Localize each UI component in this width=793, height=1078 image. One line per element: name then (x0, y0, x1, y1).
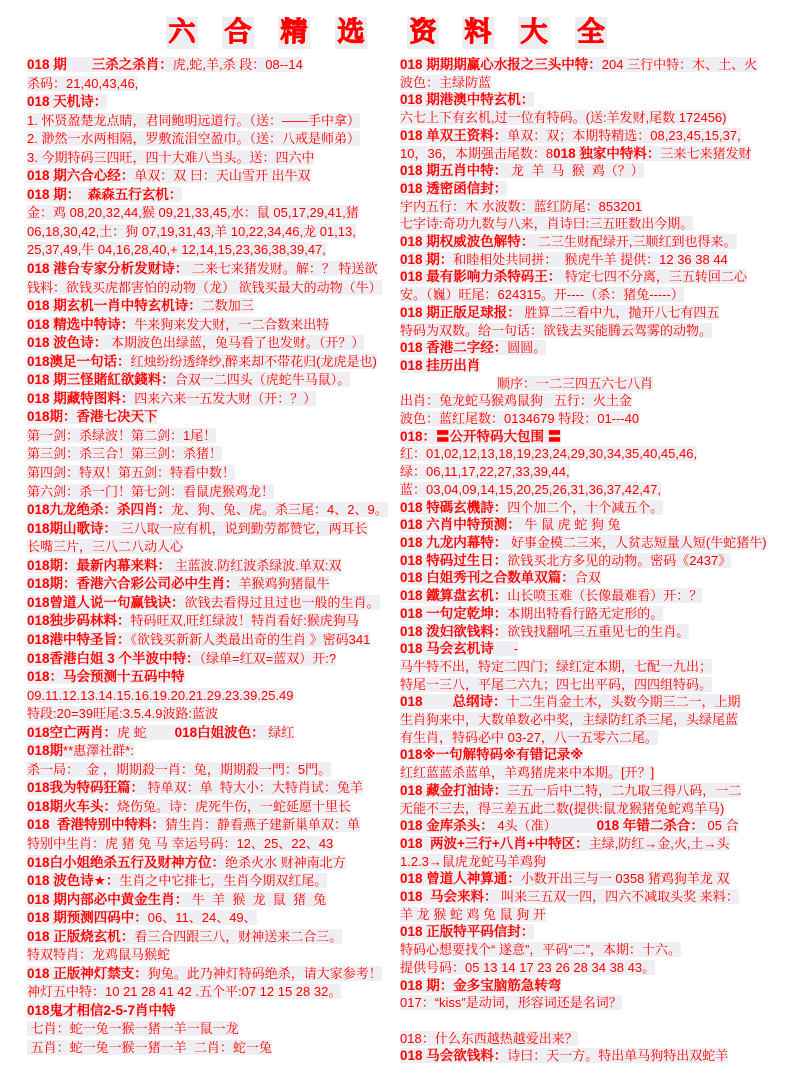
text-line: 018 正版神灯禁支：狗兔。此乃神灯特码绝杀，请大家参考！ (27, 965, 395, 984)
section-text: 二数加三 (202, 298, 254, 313)
text-line: 018 挂历出肖 (400, 357, 792, 375)
text-line: 018 特碼玄機詩：四个加二个，十个减五个。 (400, 499, 792, 517)
section-heading: 018 期：金多宝脑筋急转弯 (400, 978, 561, 993)
section-text: 波色：蓝红尾数：0134679 特段：01---40 (400, 411, 639, 426)
section-heading: 018 马会欲钱料： (400, 1048, 507, 1063)
text-line: 2. 渺然一水两相隔，罗敷流泪空盈巾。（送：八戒是师弟） (27, 130, 395, 149)
section-text: 合双一二四头（虎蛇牛马鼠）。 (175, 372, 351, 387)
section-heading: 018期山歌诗： (27, 521, 117, 536)
section-heading: 018期：最新内幕来料： (27, 558, 171, 573)
text-line: 第一剑：杀绿波！第二剑：1尾！ (27, 427, 395, 446)
text-line: 018 期预测四码中：06、11、24、49、 (27, 909, 395, 928)
text-line: 018期火车头：烧伤兔。诗：虎死牛伤，一蛇延愿十里长 (27, 798, 395, 817)
text-line: 018 金库杀头： 4头（准）018 年错二杀合： 05 合 (400, 817, 792, 835)
section-text: 牛来狗来发大财，一二合数来出特 (134, 317, 329, 332)
section-text: 圆圆。 (507, 340, 546, 355)
text-line: 018：什么东西越热越爱出来？ (400, 1030, 792, 1048)
text-line: 018白小姐绝杀五行及财神方位：绝杀火水 财神南北方 (27, 854, 395, 873)
section-heading: 018 期： 森森五行玄机： (27, 187, 182, 202)
text-line: 018 天机诗： (27, 93, 395, 112)
section-heading: 018 期： (400, 252, 453, 267)
section-heading: 018期火车头： (27, 799, 117, 814)
section-text: 017：“kiss”是动词，形容词还是名词？ (400, 995, 622, 1010)
text-line: 018 期三怪賭紅欲錢料：合双一二四头（虎蛇牛马鼠）。 (27, 371, 395, 390)
text-line: 018 期：和睦相处共同拼： 猴虎牛羊 提供：12 36 38 44 (400, 251, 792, 269)
text-line: 018 马会来料： 叫来三五双一四，四六不减取头奖 来料： (400, 888, 792, 906)
text-line: 长嘴三片，三八二八动人心 (27, 538, 395, 557)
section-text: 09.11.12.13.14.15.16.19.20.21.29.23.39.2… (27, 688, 294, 703)
section-text: 宇内五行：木 水波数：蓝红防尾：853201 (400, 199, 642, 214)
title-char: 精 (278, 17, 310, 49)
text-line: 018我为特码狂篇： 特单双：单 特大小：大特肖试：兔羊 (27, 779, 395, 798)
text-line: 018 一句定乾坤：本期出特看行路无定形的。 (400, 605, 792, 623)
section-heading: 018 期藏特图料： (27, 391, 134, 406)
section-text: 主蓝波.防红波杀绿波.单双:双 (171, 558, 341, 573)
section-heading: 018 香港特别中特料： (27, 817, 165, 832)
text-line: 09.11.12.13.14.15.16.19.20.21.29.23.39.2… (27, 687, 395, 706)
section-text: 生肖狗来中，大数单数必中奖，主绿防红杀三尾，头绿尾蓝 (400, 712, 738, 727)
text-line: 018 期：金多宝脑筋急转弯 (400, 977, 792, 995)
section-heading: 018 藏金打油诗： (400, 783, 507, 798)
text-line: 018 香港二字经：圆圆。 (400, 339, 792, 357)
title-char: 资 (407, 17, 439, 49)
text-line: 顺序：一二三四五六七八肖 (400, 375, 792, 393)
text-line: 第四剑：特双！第五剑：特看中数！ (27, 464, 395, 483)
text-line: 七字诗:奇功九数与八来，肖诗曰:三五旺数出今期。 (400, 215, 792, 233)
text-line: 018澳足一句话：红烛纷纷透绛纱,醉来却不带花归(龙虎是也) (27, 353, 395, 372)
text-line: 018 正版烧玄机：看三合四跟三八，财神送来二合三。 (27, 928, 395, 947)
section-text: 1.2.3→鼠虎龙蛇马羊鸡狗 (400, 854, 546, 869)
section-text: 特码旺双,旺红绿波！特肖看好:猴虎狗马 (131, 613, 359, 628)
text-line: 马牛特不出，特定二四门；绿红定本期，七配一九出； (400, 658, 792, 676)
section-heading: 018 年错二杀合： (557, 818, 704, 833)
text-line: 杀一局： 金 ，期期殺一肖：兔，期期殺一門：5門。 (27, 761, 395, 780)
section-heading: 018 期 (27, 57, 67, 72)
text-line: 羊 龙 猴 蛇 鸡 兔 鼠 狗 开 (400, 906, 792, 924)
text-line: 018 正版特平码信封： (400, 923, 792, 941)
text-line: 018 期期期赢心水报之三头中特：204 三行中特：木、土、火 (400, 56, 792, 74)
text-line: 018期：香港六合彩公司必中生肖：羊猴鸡狗猪鼠牛 (27, 575, 395, 594)
section-heading: 018 期期期赢心水报之三头中特： (400, 57, 602, 72)
section-text: 杀一局： 金 ，期期殺一肖：兔，期期殺一門：5門。 (27, 762, 331, 777)
section-text: 《欲钱买新新人类最出奇的生肖 》密码341 (131, 632, 371, 647)
section-text: 杀码：21,40,43,46, (27, 76, 138, 91)
section-text: **惠澤社群*: (63, 743, 134, 758)
section-heading: 018白小姐绝杀五行及财神方位： (27, 855, 225, 870)
section-text: 本期波色出绿蓝，兔马看了也发财。（开？） (107, 335, 364, 350)
section-heading: 018 马会来料： (400, 889, 498, 904)
text-line: 017：“kiss”是动词，形容词还是名词？ (400, 994, 792, 1012)
section-text: 山长喷玉难（长像最难看）开：？ (507, 588, 702, 603)
section-heading: 总纲诗： (423, 694, 507, 709)
section-heading: 018 港台专家分析发财诗： (27, 261, 188, 276)
section-heading: 018期：香港七决天下 (27, 409, 158, 424)
section-heading: 018 期五肖中特： (400, 163, 507, 178)
section-text: 018：什么东西越热越爱出来？ (400, 1031, 578, 1046)
text-line: 1. 怀贤盈楚龙点睛，君同鲍明远道行。（送：——手中拿） (27, 112, 395, 131)
section-text: 10，36，本期强击尾数：8 (400, 146, 553, 161)
section-heading: 018期 (27, 743, 63, 758)
text-line: 特码为双数。给一句话：欲钱去买能腾云驾雾的动物。 (400, 322, 792, 340)
text-line: 018 特码过生日：欲钱买北方多见的动物。密码《2437》 (400, 552, 792, 570)
section-text: 蓝：03,04,09,14,15,20,25,26,31,36,37,42,47… (400, 482, 661, 497)
section-text: 胜算二三看中九，抛开八七有四五 (521, 305, 720, 320)
right-column: 018 期期期赢心水报之三头中特：204 三行中特：木、土、火 波色：主绿防蓝 … (400, 56, 792, 1065)
text-line: 红红蓝蓝杀蓝单，羊鸡猪虎来中本期。[开？] (400, 764, 792, 782)
section-text: 单双：双 曰：天山雪开 出牛双 (134, 168, 310, 183)
section-heading: 018澳足一句话： (27, 354, 131, 369)
section-heading: 018 鐵算盘玄机： (400, 588, 507, 603)
section-heading: 018 香港二字经： (400, 340, 507, 355)
text-line: 波色：主绿防蓝 (400, 74, 792, 92)
section-text: 六七上下有玄机,过一位有特码。(送:羊发财,尾数 172456) (400, 110, 727, 125)
section-heading: 018鬼才相信2-5-7肖中特 (27, 1003, 176, 1018)
text-line: 018 马会玄机诗- (400, 640, 792, 658)
text-line: 安。（巍）旺尾：624315。开----（杀：猪兔-----） (400, 286, 792, 304)
text-line: 018 藏金打油诗：三五一后中二特，二九取三得八码，一二 (400, 782, 792, 800)
text-line: 018 期权威波色解特： 二三生财配绿开,三顺红到也得来。 (400, 233, 792, 251)
section-text: - (494, 641, 518, 656)
text-line: 018 期玄机一肖中特玄机诗：二数加三 (27, 297, 395, 316)
text-line: 018 期港澳中特玄机： (400, 91, 792, 109)
section-heading: 018 泼妇欲钱料： (400, 624, 507, 639)
text-line: 018 透密函信封： (400, 180, 792, 198)
section-text: 虎,蛇,羊,杀 段：08--14 (173, 57, 303, 72)
section-text: 绝杀火水 财神南北方 (225, 855, 346, 870)
section-text: 提供号码：05 13 14 17 23 26 28 34 38 43。 (400, 960, 655, 975)
section-text: 神灯五中特：10 21 28 41 42 .五个平:07 12 15 28 32… (27, 984, 341, 999)
section-text: 绿红 (265, 725, 295, 740)
section-heading: 018 期港澳中特玄机： (400, 92, 534, 107)
text-line: 018 港台专家分析发财诗： 二来七来猪发财。解：？ 特送欲 (27, 260, 395, 279)
section-text: 06,18,30,42,土：狗 07,19,31,43,羊 10,22,34,4… (27, 224, 356, 239)
section-text: 红红蓝蓝杀蓝单，羊鸡猪虎来中本期。[开？] (400, 765, 654, 780)
section-text: 金：鸡 08,20,32,44,猴 09,21,33,45,水：鼠 05,17,… (27, 205, 359, 220)
text-line: 钱料：欲钱买虎都害怕的动物（龙） 欲钱买最大的动物（牛） (27, 279, 395, 298)
text-line: 特双特肖：龙鸡鼠马猴蛇 (27, 946, 395, 965)
section-text: 4头（准） (494, 818, 557, 833)
section-text: 06、11、24、49、 (148, 910, 257, 925)
section-heading: 018 白姐秀刊之合数单双篇： (400, 570, 575, 585)
text-line: 018 期五肖中特： 龙 羊 马 猴 鸡（？） (400, 162, 792, 180)
text-line: 宇内五行：木 水波数：蓝红防尾：853201 (400, 198, 792, 216)
section-text: 特双特肖：龙鸡鼠马猴蛇 (27, 947, 170, 962)
section-text: 二来七来猪发财。解：？ 特送欲 (188, 261, 377, 276)
section-heading: 018 期三怪賭紅欲錢料： (27, 372, 175, 387)
section-text: 七肖：蛇一兔一猴一猪一羊一鼠一龙 (27, 1021, 239, 1036)
text-line: 10，36，本期强击尾数：8018 独家中特料：三来七来猪发财 (400, 145, 792, 163)
section-text: 红烛纷纷透绛纱,醉来却不带花归(龙虎是也) (131, 354, 377, 369)
text-line: 018鬼才相信2-5-7肖中特 (27, 1002, 395, 1021)
title-char: 合 (222, 17, 254, 49)
text-line: 特段:20=39旺尾:3.5.4.9波路:蓝波 (27, 705, 395, 724)
section-text: 2. 渺然一水两相隔，罗敷流泪空盈巾。（送：八戒是师弟） (27, 131, 360, 146)
section-heading: 018 马会玄机诗 (400, 641, 494, 656)
text-line: 25,37,49,牛 04,16,28,40,+ 12,14,15,23,36,… (27, 241, 395, 260)
section-text: 1. 怀贤盈楚龙点睛，君同鲍明远道行。（送：——手中拿） (27, 113, 360, 128)
text-line: 018 泼妇欲钱料：欲钱找翻吼三五重见七的生肖。 (400, 623, 792, 641)
text-line: 018 鐵算盘玄机：山长喷玉难（长像最难看）开：？ (400, 587, 792, 605)
section-text: 叫来三五双一四，四六不减取头奖 来料： (498, 889, 739, 904)
section-text: 好事金模二三来，人贫志短量人短(牛蛇猪牛) (507, 535, 766, 550)
text-line: 018 香港特别中特料：猜生肖：静看燕子建新巢单双：单 (27, 816, 395, 835)
title-char: 全 (575, 17, 607, 49)
section-heading: 018曾道人说一句赢钱诀： (27, 595, 185, 610)
section-heading: 018 波色诗： (27, 335, 107, 350)
section-text: 和睦相处共同拼： 猴虎牛羊 提供：12 36 38 44 (453, 252, 728, 267)
text-line: 波色：蓝红尾数：0134679 特段：01---40 (400, 410, 792, 428)
section-heading: 018 特碼玄機詩： (400, 500, 507, 515)
section-text: 3. 今期特码三四旺，四十大难八当头。送：四六中 (27, 150, 314, 165)
section-text: 第一剑：杀绿波！第二剑：1尾！ (27, 428, 216, 443)
section-heading: 018香港白姐 3 个半波中特： (27, 651, 200, 666)
section-heading: 018 期内部必中黄金生肖： (27, 892, 188, 907)
section-heading: 018 曾道人神算通： (400, 871, 521, 886)
section-heading: 018 波色诗★： (27, 873, 119, 888)
text-line: 018 期三杀之杀肖：虎,蛇,羊,杀 段：08--14 (27, 56, 395, 75)
section-heading: 018 期权威波色解特： (400, 234, 534, 249)
text-line: 第六剑：杀一门！第七剑：看鼠虎猴鸡龙！ (27, 483, 395, 502)
blank-line (400, 1012, 792, 1030)
section-text: 牛 鼠 虎 蛇 狗 兔 (521, 517, 621, 532)
section-text: 特单双：单 特大小：大特肖试：兔羊 (144, 780, 363, 795)
section-text: 长嘴三片，三八二八动人心 (27, 539, 183, 554)
section-heading: 018港中特圣旨： (27, 632, 131, 647)
section-text: 特码心想要找个“ 遂意”，平码“二”，本期：十六。 (400, 942, 681, 957)
section-text: 诗曰：天一方。特出单马狗特出双蛇羊 (507, 1048, 728, 1063)
text-line: 018 波色诗★：生肖之中它排七，生肖今期双红尾。 (27, 872, 395, 891)
section-text: 四个加二个，十个减五个。 (507, 500, 663, 515)
section-text: 羊猴鸡狗猪鼠牛 (239, 576, 330, 591)
section-text: 25,37,49,牛 04,16,28,40,+ 12,14,15,23,36,… (27, 242, 326, 257)
section-heading: 018※一句解特码※有错记录※ (400, 747, 583, 762)
section-text: 龙 羊 马 猴 鸡（？） (507, 163, 644, 178)
section-text: 欲钱买北方多见的动物。密码《2437》 (507, 553, 731, 568)
left-column: 018 期三杀之杀肖：虎,蛇,羊,杀 段：08--14 杀码：21,40,43,… (27, 56, 395, 1058)
text-line: 018九龙绝杀：杀四肖：龙、狗、兔、虎。杀三尾：4、2、9。 (27, 501, 395, 520)
text-line: 特别中生肖：虎 猪 兔 马 幸运号码：12、25、22、43 (27, 835, 395, 854)
section-heading: 018 正版神灯禁支： (27, 966, 148, 981)
section-text: 顺序：一二三四五六七八肖 (497, 376, 653, 391)
text-line: 第三剑：杀三合！第三剑：杀猪！ (27, 445, 395, 464)
text-line: 生肖狗来中，大数单数必中奖，主绿防红杀三尾，头绿尾蓝 (400, 711, 792, 729)
text-line: 018期：香港七决天下 (27, 408, 395, 427)
section-text: 出肖：兔龙蛇马猴鸡鼠狗 五行：火土金 (400, 393, 632, 408)
section-text: 小数开出三与一 0358 猪鸡狗羊龙 双 (521, 871, 730, 886)
section-heading: 018 期预测四码中： (27, 910, 148, 925)
section-text: 有生肖，特码必中 03-27，八一五零六二尾。 (400, 730, 658, 745)
section-text: 四来六来一五发大财（开：？） (134, 391, 316, 406)
page-title: 六 合 精 选 资 料 大 全 (0, 17, 793, 49)
text-line: 018 九龙内幕特： 好事金模二三来，人贫志短量人短(牛蛇猪牛) (400, 534, 792, 552)
text-line: 018 马会欲钱料：诗曰：天一方。特出单马狗特出双蛇羊 (400, 1047, 792, 1065)
text-line: 018独步码林料：特码旺双,旺红绿波！特肖看好:猴虎狗马 (27, 612, 395, 631)
section-heading: 018 (400, 694, 423, 709)
text-line: 杀码：21,40,43,46, (27, 75, 395, 94)
section-text: 虎 蛇 (117, 725, 147, 740)
text-line: 018 期： 森森五行玄机： (27, 186, 395, 205)
section-text: 特定七四不分离，三五转回二心 (561, 269, 747, 284)
section-heading: 018 精选中特诗： (27, 317, 134, 332)
section-text: 204 三行中特：木、土、火 (602, 57, 757, 72)
text-line: 018：马会预测十五码中特 (27, 668, 395, 687)
section-heading: 018 透密函信封： (400, 181, 507, 196)
section-text: 七字诗:奇功九数与八来，肖诗曰:三五旺数出今期。 (400, 216, 693, 231)
section-text: 主绿,防红→金,火,土→头 (589, 836, 730, 851)
section-heading: 018 单双王资料： (400, 128, 507, 143)
text-line: 018 期正版足球报： 胜算二三看中九，抛开八七有四五 (400, 304, 792, 322)
title-char: 大 (518, 17, 550, 49)
section-text: 第四剑：特双！第五剑：特看中数！ (27, 465, 235, 480)
text-line: 无能不三去，得三差五此二数(提供:鼠龙猴猪兔蛇鸡羊马) (400, 800, 792, 818)
section-text: 二三生财配绿开,三顺红到也得来。 (534, 234, 736, 249)
section-text: 看三合四跟三八，财神送来二合三。 (134, 929, 342, 944)
text-line: 018 精选中特诗：牛来狗来发大财，一二合数来出特 (27, 316, 395, 335)
section-heading: 018独步码林料： (27, 613, 131, 628)
text-line: 018期**惠澤社群*: (27, 742, 395, 761)
section-text: 特别中生肖：虎 猪 兔 马 幸运号码：12、25、22、43 (27, 836, 333, 851)
text-line: 六七上下有玄机,过一位有特码。(送:羊发财,尾数 172456) (400, 109, 792, 127)
text-line: 018总纲诗：十二生肖金土木，头数今期三二一，上期 (400, 693, 792, 711)
text-line: 五肖：蛇一兔一猴一猪一羊 二肖：蛇一兔 (27, 1039, 395, 1058)
text-line: 018港中特圣旨：《欲钱买新新人类最出奇的生肖 》密码341 (27, 631, 395, 650)
text-line: 018 白姐秀刊之合数单双篇：合双 (400, 569, 792, 587)
section-heading: 018我为特码狂篇： (27, 780, 144, 795)
section-heading: 018 一句定乾坤： (400, 606, 507, 621)
section-text: 欲钱找翻吼三五重见七的生肖。 (507, 624, 689, 639)
section-text: 第三剑：杀三合！第三剑：杀猪！ (27, 446, 222, 461)
section-heading: 018 特码过生日： (400, 553, 507, 568)
text-line: 06,18,30,42,土：狗 07,19,31,43,羊 10,22,34,4… (27, 223, 395, 242)
section-text: 十二生肖金土木，头数今期三二一，上期 (507, 694, 741, 709)
section-heading: 018 期正版足球报： (400, 305, 521, 320)
text-line: 018 期藏特图料：四来六来一五发大财（开：？） (27, 390, 395, 409)
section-text: 钱料：欲钱买虎都害怕的动物（龙） 欲钱买最大的动物（牛） (27, 280, 382, 295)
text-line: 有生肖，特码必中 03-27，八一五零六二尾。 (400, 729, 792, 747)
section-text: 特尾一三八，平尾二六九；四七出平码，四四组特码。 (400, 677, 712, 692)
text-line: 018 单双王资料：单双：双；本期特精选：08,23,45,15,37, (400, 127, 792, 145)
section-text: 红：01,02,12,13,18,19,23,24,29,30,34,35,40… (400, 446, 697, 461)
text-line: 018期：最新内幕来料： 主蓝波.防红波杀绿波.单双:双 (27, 557, 395, 576)
section-heading: 018 六肖中特预测： (400, 517, 521, 532)
section-heading: 018 期六合心经： (27, 168, 134, 183)
text-line: 018曾道人说一句赢钱诀：欲钱去看得过且过也一般的生肖。 (27, 594, 395, 613)
section-text: 烧伤兔。诗：虎死牛伤，一蛇延愿十里长 (117, 799, 351, 814)
section-text: 合双 (575, 570, 601, 585)
section-text: 特码为双数。给一句话：欲钱去买能腾云驾雾的动物。 (400, 323, 712, 338)
section-text: 三八取一应有机，说到勤劳都赞它，两耳长 (117, 521, 368, 536)
section-heading: 018九龙绝杀：杀四肖： (27, 502, 171, 517)
title-char: 六 (166, 17, 198, 49)
section-text: 龙、狗、兔、虎。杀三尾：4、2、9。 (171, 502, 388, 517)
section-text: 本期出特看行路无定形的。 (507, 606, 663, 621)
section-heading: 018：〓公开特码大包围 〓 (400, 429, 561, 444)
text-line: 绿：06,11,17,22,27,33,39,44, (400, 463, 792, 481)
text-line: 特码心想要找个“ 遂意”，平码“二”，本期：十六。 (400, 941, 792, 959)
section-text: 牛 羊 猴 龙 鼠 猪 兔 (188, 892, 326, 907)
section-text: 狗兔。此乃神灯特码绝杀，请大家参考！ (148, 966, 382, 981)
section-text: 欲钱去看得过且过也一般的生肖。 (185, 595, 380, 610)
section-text: 无能不三去，得三差五此二数(提供:鼠龙猴猪兔蛇鸡羊马) (400, 801, 724, 816)
section-heading: 018 挂历出肖 (400, 358, 480, 373)
section-heading: 018 期玄机一肖中特玄机诗： (27, 298, 202, 313)
section-heading: 018期：香港六合彩公司必中生肖： (27, 576, 239, 591)
section-text: 羊 龙 猴 蛇 鸡 兔 鼠 狗 开 (400, 907, 546, 922)
text-line: 018 曾道人神算通：小数开出三与一 0358 猪鸡狗羊龙 双 (400, 870, 792, 888)
section-text: （绿单=红双=蓝双）开:? (200, 651, 337, 666)
section-heading: 三杀之杀肖： (67, 57, 173, 72)
section-heading: 018 正版特平码信封： (400, 924, 534, 939)
section-text: 波色：主绿防蓝 (400, 75, 491, 90)
title-char: 选 (335, 17, 367, 49)
text-line: 018 两波+三行+八肖+中特区：主绿,防红→金,火,土→头 (400, 835, 792, 853)
text-line: 018期山歌诗： 三八取一应有机，说到勤劳都赞它，两耳长 (27, 520, 395, 539)
section-text: 五肖：蛇一兔一猴一猪一羊 二肖：蛇一兔 (27, 1040, 272, 1055)
text-line: 神灯五中特：10 21 28 41 42 .五个平:07 12 15 28 32… (27, 983, 395, 1002)
text-line: 3. 今期特码三四旺，四十大难八当头。送：四六中 (27, 149, 395, 168)
section-text: 三五一后中二特，二九取三得八码，一二 (507, 783, 741, 798)
section-text: 马牛特不出，特定二四门；绿红定本期，七配一九出； (400, 659, 712, 674)
section-text: 猜生肖：静看燕子建新巢单双：单 (165, 817, 360, 832)
text-line: 提供号码：05 13 14 17 23 26 28 34 38 43。 (400, 959, 792, 977)
text-line: 出肖：兔龙蛇马猴鸡鼠狗 五行：火土金 (400, 392, 792, 410)
section-text: 绿：06,11,17,22,27,33,39,44, (400, 464, 570, 479)
section-heading: 018：马会预测十五码中特 (27, 669, 185, 684)
section-heading: 018空亡两肖： (27, 725, 117, 740)
section-heading: 018 九龙内幕特： (400, 535, 507, 550)
section-text: 特段:20=39旺尾:3.5.4.9波路:蓝波 (27, 706, 218, 721)
text-line: 金：鸡 08,20,32,44,猴 09,21,33,45,水：鼠 05,17,… (27, 204, 395, 223)
text-line: 特尾一三八，平尾二六九；四七出平码，四四组特码。 (400, 676, 792, 694)
text-line: 018香港白姐 3 个半波中特：（绿单=红双=蓝双）开:? (27, 650, 395, 669)
section-text: 安。（巍）旺尾：624315。开----（杀：猪兔-----） (400, 287, 684, 302)
section-text: 生肖之中它排七，生肖今期双红尾。 (119, 873, 327, 888)
text-line: 018 期六合心经：单双：双 曰：天山雪开 出牛双 (27, 167, 395, 186)
section-text: 单双：双；本期特精选：08,23,45,15,37, (507, 128, 740, 143)
section-heading: 018 两波+三行+八肖+中特区： (400, 836, 589, 851)
section-text: 05 合 (704, 818, 739, 833)
section-heading: 018 金库杀头： (400, 818, 494, 833)
text-line: 018 期内部必中黄金生肖： 牛 羊 猴 龙 鼠 猪 兔 (27, 891, 395, 910)
section-text: 第六剑：杀一门！第七剑：看鼠虎猴鸡龙！ (27, 484, 274, 499)
title-char: 料 (462, 17, 494, 49)
text-line: 018：〓公开特码大包围 〓 (400, 428, 792, 446)
text-line: 018 六肖中特预测： 牛 鼠 虎 蛇 狗 兔 (400, 516, 792, 534)
text-line: 018※一句解特码※有错记录※ (400, 746, 792, 764)
text-line: 018空亡两肖：虎 蛇018白姐波色： 绿红 (27, 724, 395, 743)
text-line: 七肖：蛇一兔一猴一猪一羊一鼠一龙 (27, 1020, 395, 1039)
section-heading: 018白姐波色： (147, 725, 265, 740)
text-line: 1.2.3→鼠虎龙蛇马羊鸡狗 (400, 853, 792, 871)
text-line: 红：01,02,12,13,18,19,23,24,29,30,34,35,40… (400, 445, 792, 463)
section-heading: 018 天机诗： (27, 94, 107, 109)
section-heading: 018 最有影响力杀特码王： (400, 269, 561, 284)
text-line: 蓝：03,04,09,14,15,20,25,26,31,36,37,42,47… (400, 481, 792, 499)
section-heading: 018 独家中特料： (553, 146, 660, 161)
section-heading: 018 正版烧玄机： (27, 929, 134, 944)
section-text: 三来七来猪发财 (660, 146, 751, 161)
text-line: 018 最有影响力杀特码王： 特定七四不分离，三五转回二心 (400, 268, 792, 286)
text-line: 018 波色诗： 本期波色出绿蓝，兔马看了也发财。（开？） (27, 334, 395, 353)
